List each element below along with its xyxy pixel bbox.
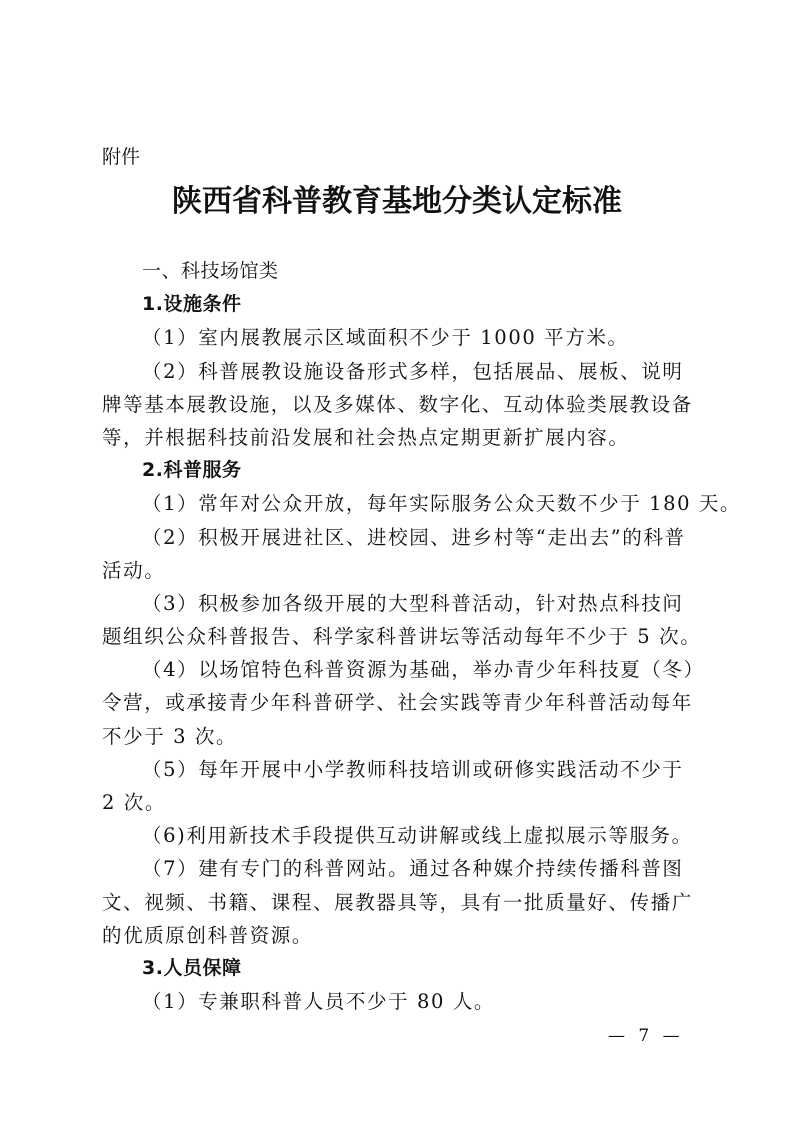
paragraph-line: （5）每年开展中小学教师科技培训或研修实践活动不少于 xyxy=(102,753,692,786)
paragraph-line: （6)利用新技术手段提供互动讲解或线上虚拟展示等服务。 xyxy=(102,819,692,852)
page-number: — 7 — xyxy=(608,1025,684,1047)
paragraph-line: （4）以场馆特色科普资源为基础，举办青少年科技夏（冬） xyxy=(102,653,692,686)
paragraph-line: 令营，或承接青少年科普研学、社会实践等青少年科普活动每年 xyxy=(102,686,692,719)
paragraph-line: （7）建有专门的科普网站。通过各种媒介持续传播科普图 xyxy=(102,852,692,885)
section-heading: 一、科技场馆类 xyxy=(102,255,692,288)
attachment-label: 附件 xyxy=(102,145,140,169)
paragraph-line: 的优质原创科普资源。 xyxy=(102,919,692,952)
paragraph-line: （3）积极参加各级开展的大型科普活动，针对热点科技问 xyxy=(102,587,692,620)
document-title: 陕西省科普教育基地分类认定标准 xyxy=(0,182,794,222)
paragraph-line: 文、视频、书籍、课程、展教器具等，具有一批质量好、传播广 xyxy=(102,886,692,919)
subsection-heading: 1.设施条件 xyxy=(102,288,692,321)
paragraph-line: 不少于 3 次。 xyxy=(102,720,692,753)
subsection-heading: 3.人员保障 xyxy=(102,952,692,985)
paragraph-line: 题组织公众科普报告、科学家科普讲坛等活动每年不少于 5 次。 xyxy=(102,620,692,653)
paragraph-line: （2）科普展教设施设备形式多样，包括展品、展板、说明 xyxy=(102,355,692,388)
paragraph-line: 活动。 xyxy=(102,554,692,587)
paragraph-line: 牌等基本展教设施，以及多媒体、数字化、互动体验类展教设备 xyxy=(102,388,692,421)
paragraph-line: 2 次。 xyxy=(102,786,692,819)
document-page: 附件 陕西省科普教育基地分类认定标准 一、科技场馆类 1.设施条件 （1）室内展… xyxy=(0,0,794,1123)
paragraph-line: （2）积极开展进社区、进校园、进乡村等“走出去”的科普 xyxy=(102,521,692,554)
paragraph-line: 等，并根据科技前沿发展和社会热点定期更新扩展内容。 xyxy=(102,421,692,454)
paragraph-line: （1）室内展教展示区域面积不少于 1000 平方米。 xyxy=(102,321,692,354)
document-body: 一、科技场馆类 1.设施条件 （1）室内展教展示区域面积不少于 1000 平方米… xyxy=(102,255,692,1018)
subsection-heading: 2.科普服务 xyxy=(102,454,692,487)
paragraph-line: （1）专兼职科普人员不少于 80 人。 xyxy=(102,985,692,1018)
paragraph-line: （1）常年对公众开放，每年实际服务公众天数不少于 180 天。 xyxy=(102,487,692,520)
